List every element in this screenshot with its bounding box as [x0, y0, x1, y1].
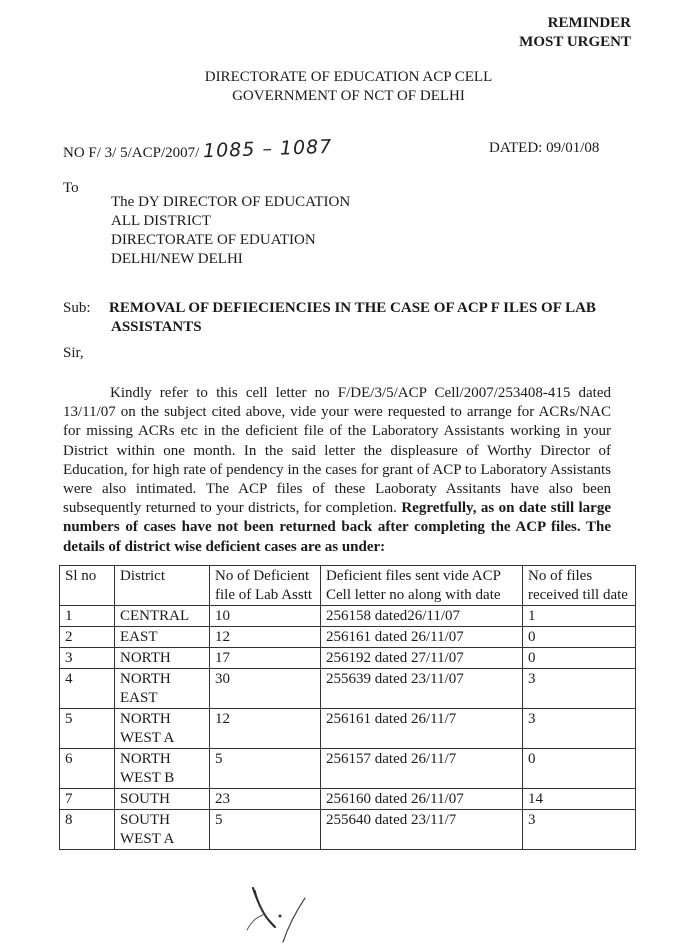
table-row: 2EAST12256161 dated 26/11/070 — [60, 627, 636, 648]
cell-sl-no: 3 — [60, 648, 115, 669]
most-urgent-label: MOST URGENT — [519, 33, 631, 52]
cell-received: 0 — [523, 749, 636, 789]
table-row: 1CENTRAL10256158 dated26/11/071 — [60, 606, 636, 627]
cell-deficient-count: 5 — [210, 810, 321, 850]
header-deficient-count: No of Deficient file of Lab Asstt — [210, 566, 321, 606]
subject-text-line-2: ASSISTANTS — [63, 318, 653, 337]
addressee-line: DIRECTORATE OF EDUATION — [111, 231, 350, 250]
cell-deficient-count: 23 — [210, 789, 321, 810]
cell-deficient-count: 17 — [210, 648, 321, 669]
cell-letter-ref: 256160 dated 26/11/07 — [321, 789, 523, 810]
office-line-1: DIRECTORATE OF EDUCATION ACP CELL — [0, 68, 697, 87]
letter-date: DATED: 09/01/08 — [489, 140, 599, 157]
addressee-block: The DY DIRECTOR OF EDUCATION ALL DISTRIC… — [111, 193, 350, 269]
cell-letter-ref: 255640 dated 23/11/7 — [321, 810, 523, 850]
table-header-row: Sl no District No of Deficient file of L… — [60, 566, 636, 606]
cell-letter-ref: 256192 dated 27/11/07 — [321, 648, 523, 669]
cell-sl-no: 2 — [60, 627, 115, 648]
cell-sl-no: 6 — [60, 749, 115, 789]
reference-number: NO F/ 3/ 5/ACP/2007/ 1085 – 1087 — [63, 140, 332, 162]
cell-deficient-count: 12 — [210, 709, 321, 749]
cell-received: 0 — [523, 627, 636, 648]
cell-district: NORTH — [115, 648, 210, 669]
office-line-2: GOVERNMENT OF NCT OF DELHI — [0, 87, 697, 106]
to-label: To — [63, 180, 79, 197]
table-row: 7SOUTH23256160 dated 26/11/0714 — [60, 789, 636, 810]
body-paragraph: Kindly refer to this cell letter no F/DE… — [63, 384, 611, 557]
salutation: Sir, — [63, 345, 84, 362]
addressee-line: ALL DISTRICT — [111, 212, 350, 231]
cell-letter-ref: 256157 dated 26/11/7 — [321, 749, 523, 789]
subject-label: Sub: — [63, 299, 109, 318]
cell-district: EAST — [115, 627, 210, 648]
deficient-cases-table: Sl no District No of Deficient file of L… — [59, 565, 636, 850]
table-row: 3NORTH17256192 dated 27/11/070 — [60, 648, 636, 669]
cell-sl-no: 1 — [60, 606, 115, 627]
cell-received: 0 — [523, 648, 636, 669]
cell-deficient-count: 12 — [210, 627, 321, 648]
addressee-line: The DY DIRECTOR OF EDUCATION — [111, 193, 350, 212]
signature — [225, 880, 325, 950]
subject-text-line-1: REMOVAL OF DEFIECIENCIES IN THE CASE OF … — [109, 300, 596, 316]
cell-district: SOUTH WEST A — [115, 810, 210, 850]
cell-deficient-count: 5 — [210, 749, 321, 789]
cell-district: NORTH WEST A — [115, 709, 210, 749]
handwritten-signature-icon — [225, 880, 325, 950]
cell-deficient-count: 10 — [210, 606, 321, 627]
table-row: 4NORTH EAST30255639 dated 23/11/073 — [60, 669, 636, 709]
header-received: No of files received till date — [523, 566, 636, 606]
cell-district: NORTH EAST — [115, 669, 210, 709]
cell-received: 3 — [523, 669, 636, 709]
body-text: Kindly refer to this cell letter no F/DE… — [63, 385, 611, 516]
cell-sl-no: 4 — [60, 669, 115, 709]
table-row: 5NORTH WEST A12256161 dated 26/11/73 — [60, 709, 636, 749]
urgency-header: REMINDER MOST URGENT — [519, 14, 631, 52]
cell-sl-no: 8 — [60, 810, 115, 850]
cell-letter-ref: 256161 dated 26/11/07 — [321, 627, 523, 648]
cell-district: NORTH WEST B — [115, 749, 210, 789]
handwritten-reference-number: 1085 – 1087 — [203, 136, 333, 162]
cell-received: 14 — [523, 789, 636, 810]
reminder-label: REMINDER — [519, 14, 631, 33]
cell-sl-no: 5 — [60, 709, 115, 749]
header-sl-no: Sl no — [60, 566, 115, 606]
cell-received: 3 — [523, 810, 636, 850]
subject-block: Sub:REMOVAL OF DEFIECIENCIES IN THE CASE… — [63, 299, 653, 337]
table-row: 8SOUTH WEST A5255640 dated 23/11/73 — [60, 810, 636, 850]
cell-received: 3 — [523, 709, 636, 749]
table-row: 6NORTH WEST B5256157 dated 26/11/70 — [60, 749, 636, 789]
cell-letter-ref: 256158 dated26/11/07 — [321, 606, 523, 627]
addressee-line: DELHI/NEW DELHI — [111, 250, 350, 269]
cell-district: CENTRAL — [115, 606, 210, 627]
cell-sl-no: 7 — [60, 789, 115, 810]
reference-prefix: NO F/ 3/ 5/ACP/2007/ — [63, 145, 199, 161]
cell-letter-ref: 256161 dated 26/11/7 — [321, 709, 523, 749]
header-letter-ref: Deficient files sent vide ACP Cell lette… — [321, 566, 523, 606]
cell-deficient-count: 30 — [210, 669, 321, 709]
cell-letter-ref: 255639 dated 23/11/07 — [321, 669, 523, 709]
header-district: District — [115, 566, 210, 606]
cell-district: SOUTH — [115, 789, 210, 810]
cell-received: 1 — [523, 606, 636, 627]
office-heading: DIRECTORATE OF EDUCATION ACP CELL GOVERN… — [0, 68, 697, 106]
